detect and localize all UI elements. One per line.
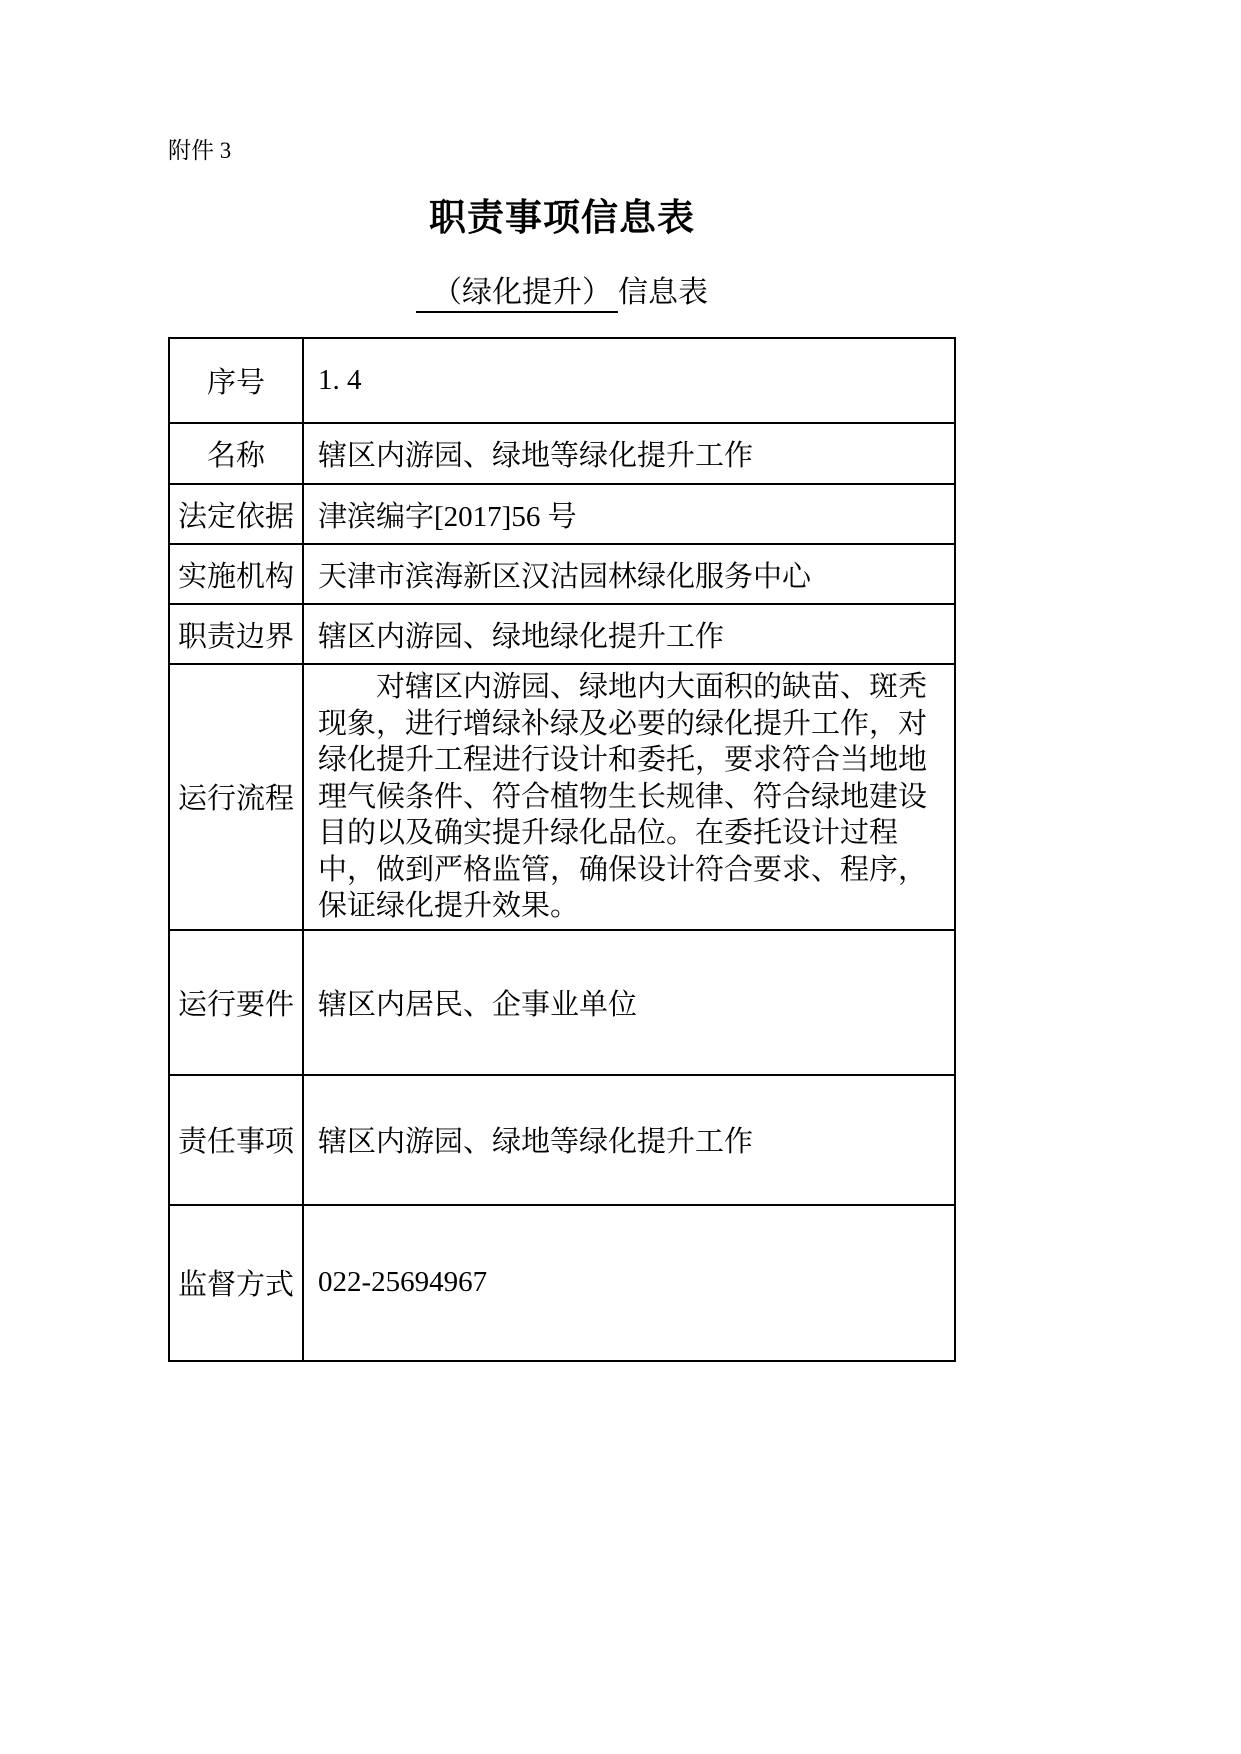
row-label: 职责边界: [169, 604, 303, 664]
row-label: 序号: [169, 338, 303, 423]
row-label: 运行流程: [169, 664, 303, 930]
document-page: 附件 3 职责事项信息表 （绿化提升）信息表 序号 1. 4 名称 辖区内游园、…: [0, 0, 1241, 1754]
row-value: 津滨编字[2017]56 号: [303, 484, 955, 544]
row-value: 022-25694967: [303, 1205, 955, 1361]
row-label: 责任事项: [169, 1075, 303, 1205]
table-row-法定依据: 法定依据 津滨编字[2017]56 号: [169, 484, 955, 544]
table-row-实施机构: 实施机构 天津市滨海新区汉沽园林绿化服务中心: [169, 544, 955, 604]
row-label: 运行要件: [169, 930, 303, 1075]
attachment-label: 附件 3: [168, 0, 956, 165]
row-value: 对辖区内游园、绿地内大面积的缺苗、斑秃现象，进行增绿补绿及必要的绿化提升工作，对…: [303, 664, 955, 930]
row-label: 监督方式: [169, 1205, 303, 1361]
info-table: 序号 1. 4 名称 辖区内游园、绿地等绿化提升工作 法定依据 津滨编字[201…: [168, 337, 956, 1362]
table-row-责任事项: 责任事项 辖区内游园、绿地等绿化提升工作: [169, 1075, 955, 1205]
row-value: 辖区内游园、绿地等绿化提升工作: [303, 1075, 955, 1205]
table-row-运行流程: 运行流程 对辖区内游园、绿地内大面积的缺苗、斑秃现象，进行增绿补绿及必要的绿化提…: [169, 664, 955, 930]
table-row-监督方式: 监督方式 022-25694967: [169, 1205, 955, 1361]
subtitle-underlined-text: （绿化提升）: [416, 276, 618, 313]
row-value: 辖区内游园、绿地等绿化提升工作: [303, 423, 955, 484]
page-subtitle: （绿化提升）信息表: [168, 267, 956, 311]
page-title: 职责事项信息表: [168, 187, 956, 241]
table-row-职责边界: 职责边界 辖区内游园、绿地绿化提升工作: [169, 604, 955, 664]
row-value: 辖区内游园、绿地绿化提升工作: [303, 604, 955, 664]
row-label: 法定依据: [169, 484, 303, 544]
row-value: 辖区内居民、企事业单位: [303, 930, 955, 1075]
table-row-运行要件: 运行要件 辖区内居民、企事业单位: [169, 930, 955, 1075]
row-value: 1. 4: [303, 338, 955, 423]
row-label: 名称: [169, 423, 303, 484]
flow-paragraph: 对辖区内游园、绿地内大面积的缺苗、斑秃现象，进行增绿补绿及必要的绿化提升工作，对…: [318, 669, 946, 925]
subtitle-rest-text: 信息表: [618, 276, 708, 309]
row-value: 天津市滨海新区汉沽园林绿化服务中心: [303, 544, 955, 604]
table-row-序号: 序号 1. 4: [169, 338, 955, 423]
document-content: 附件 3 职责事项信息表 （绿化提升）信息表 序号 1. 4 名称 辖区内游园、…: [168, 0, 956, 1362]
row-label: 实施机构: [169, 544, 303, 604]
table-row-名称: 名称 辖区内游园、绿地等绿化提升工作: [169, 423, 955, 484]
